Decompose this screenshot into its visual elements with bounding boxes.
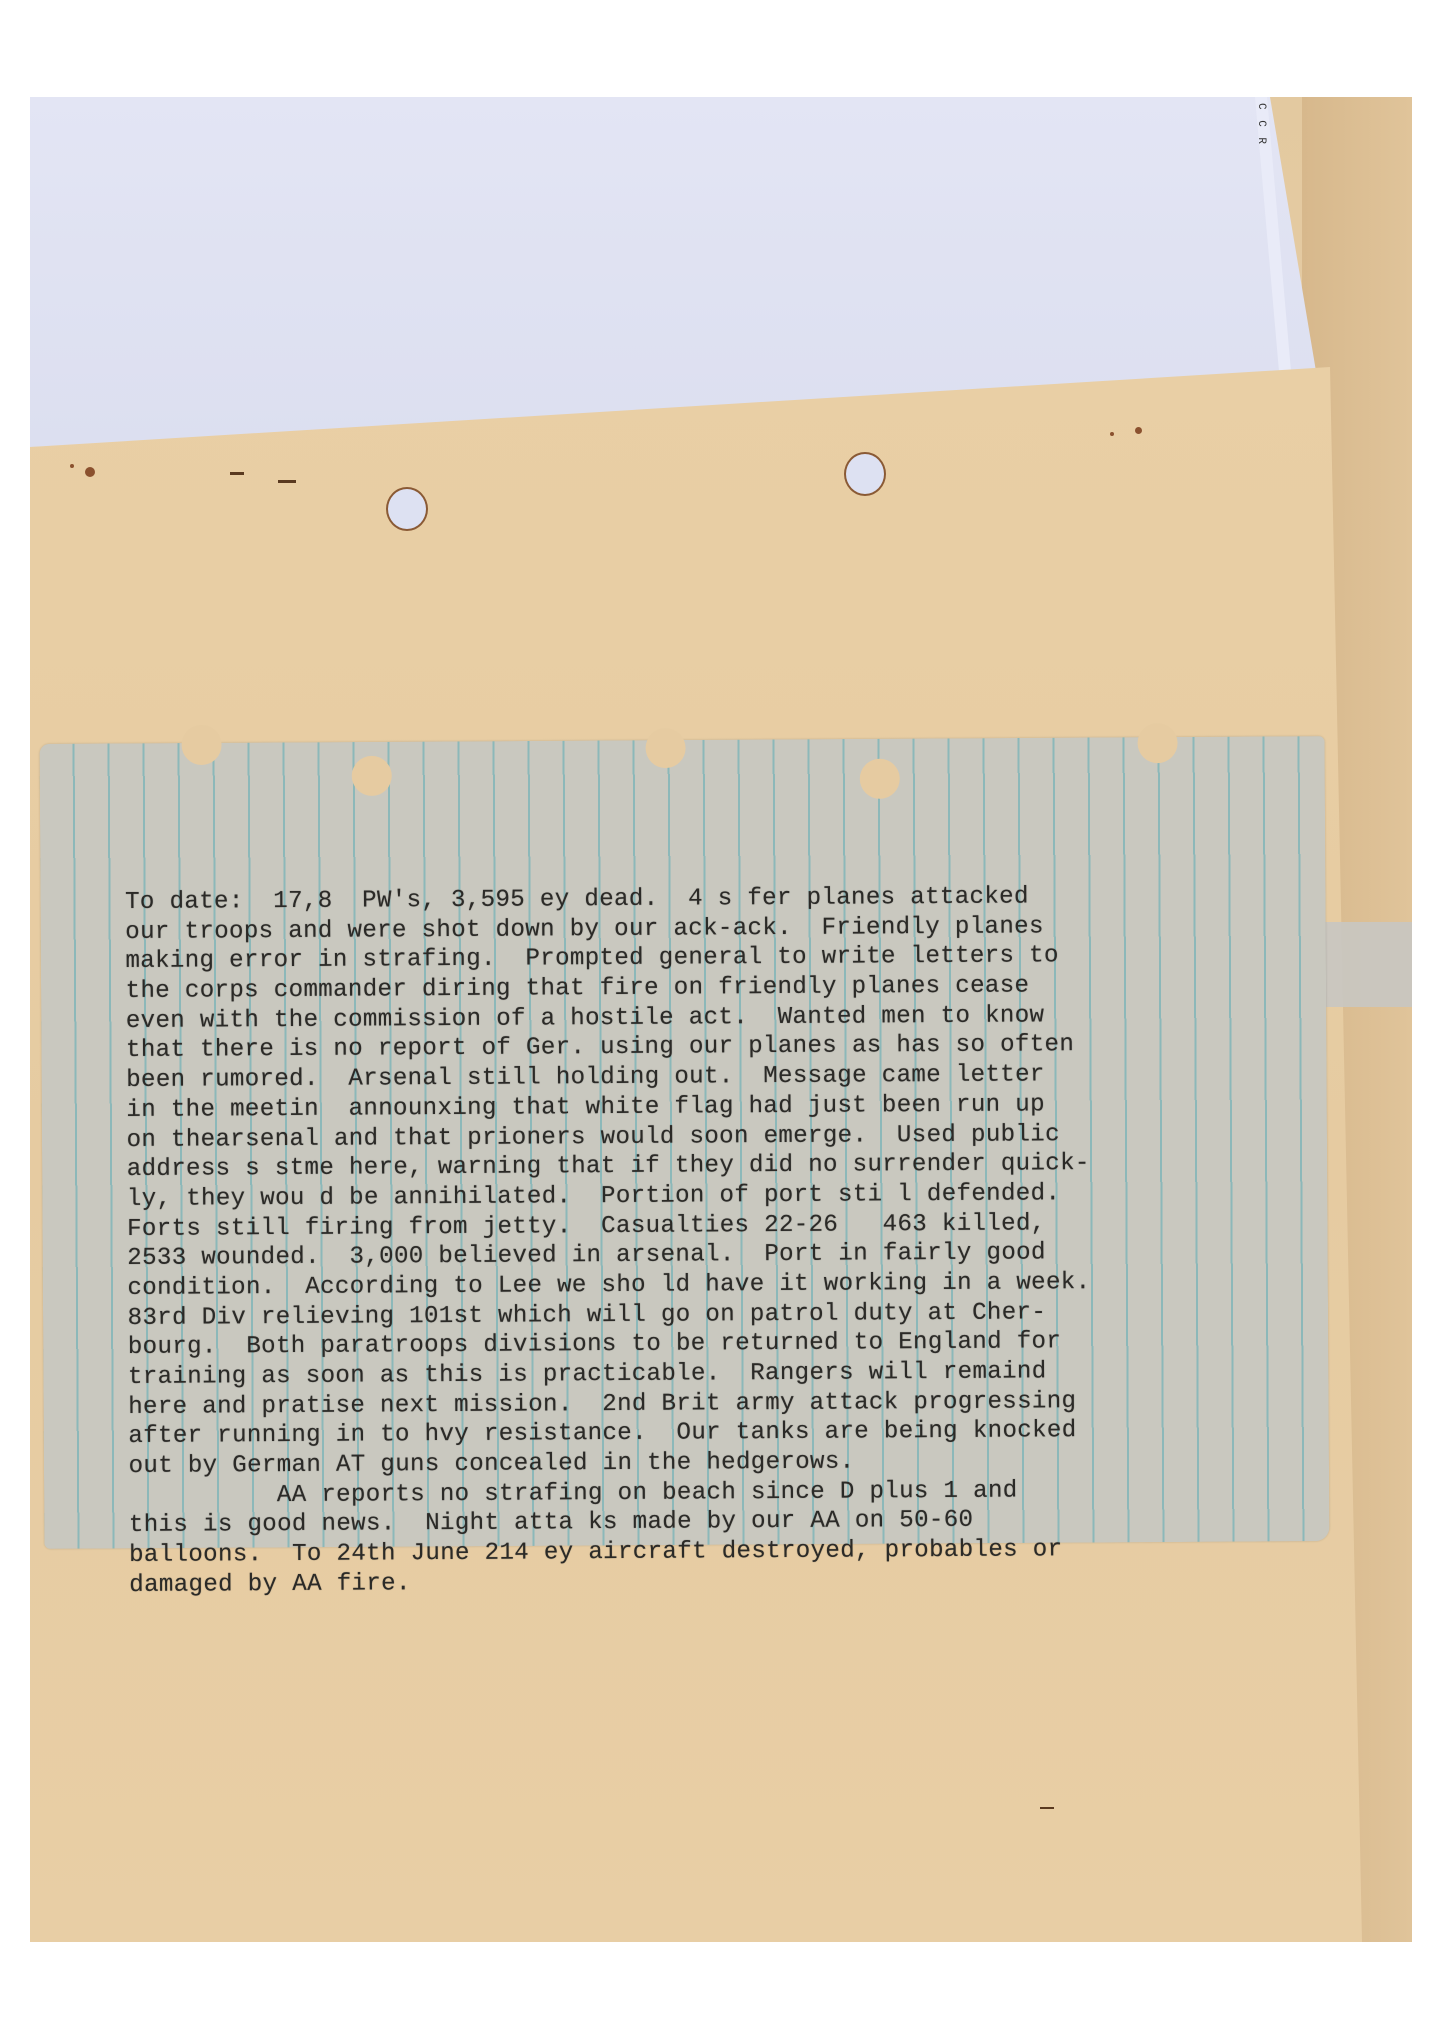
binder-hole (844, 452, 886, 496)
card-hole (860, 759, 900, 799)
rust-stain (230, 472, 244, 475)
card-hole (1137, 723, 1177, 763)
typewritten-text: To date: 17,8 PW's, 3,595 ey dead. 4 s f… (125, 881, 1309, 1601)
rust-stain (1110, 432, 1114, 436)
card-hole (645, 728, 685, 768)
sheet-margin-text: C C R (1255, 103, 1267, 146)
binder-hole (386, 487, 428, 531)
card-hole (181, 725, 221, 765)
adhesive-tape (1320, 922, 1412, 1007)
rust-stain (278, 480, 296, 483)
card-hole (352, 756, 392, 796)
rust-stain (1135, 427, 1142, 434)
rust-stain (85, 467, 95, 477)
rust-stain (70, 464, 74, 468)
folder-mark (1040, 1807, 1054, 1809)
